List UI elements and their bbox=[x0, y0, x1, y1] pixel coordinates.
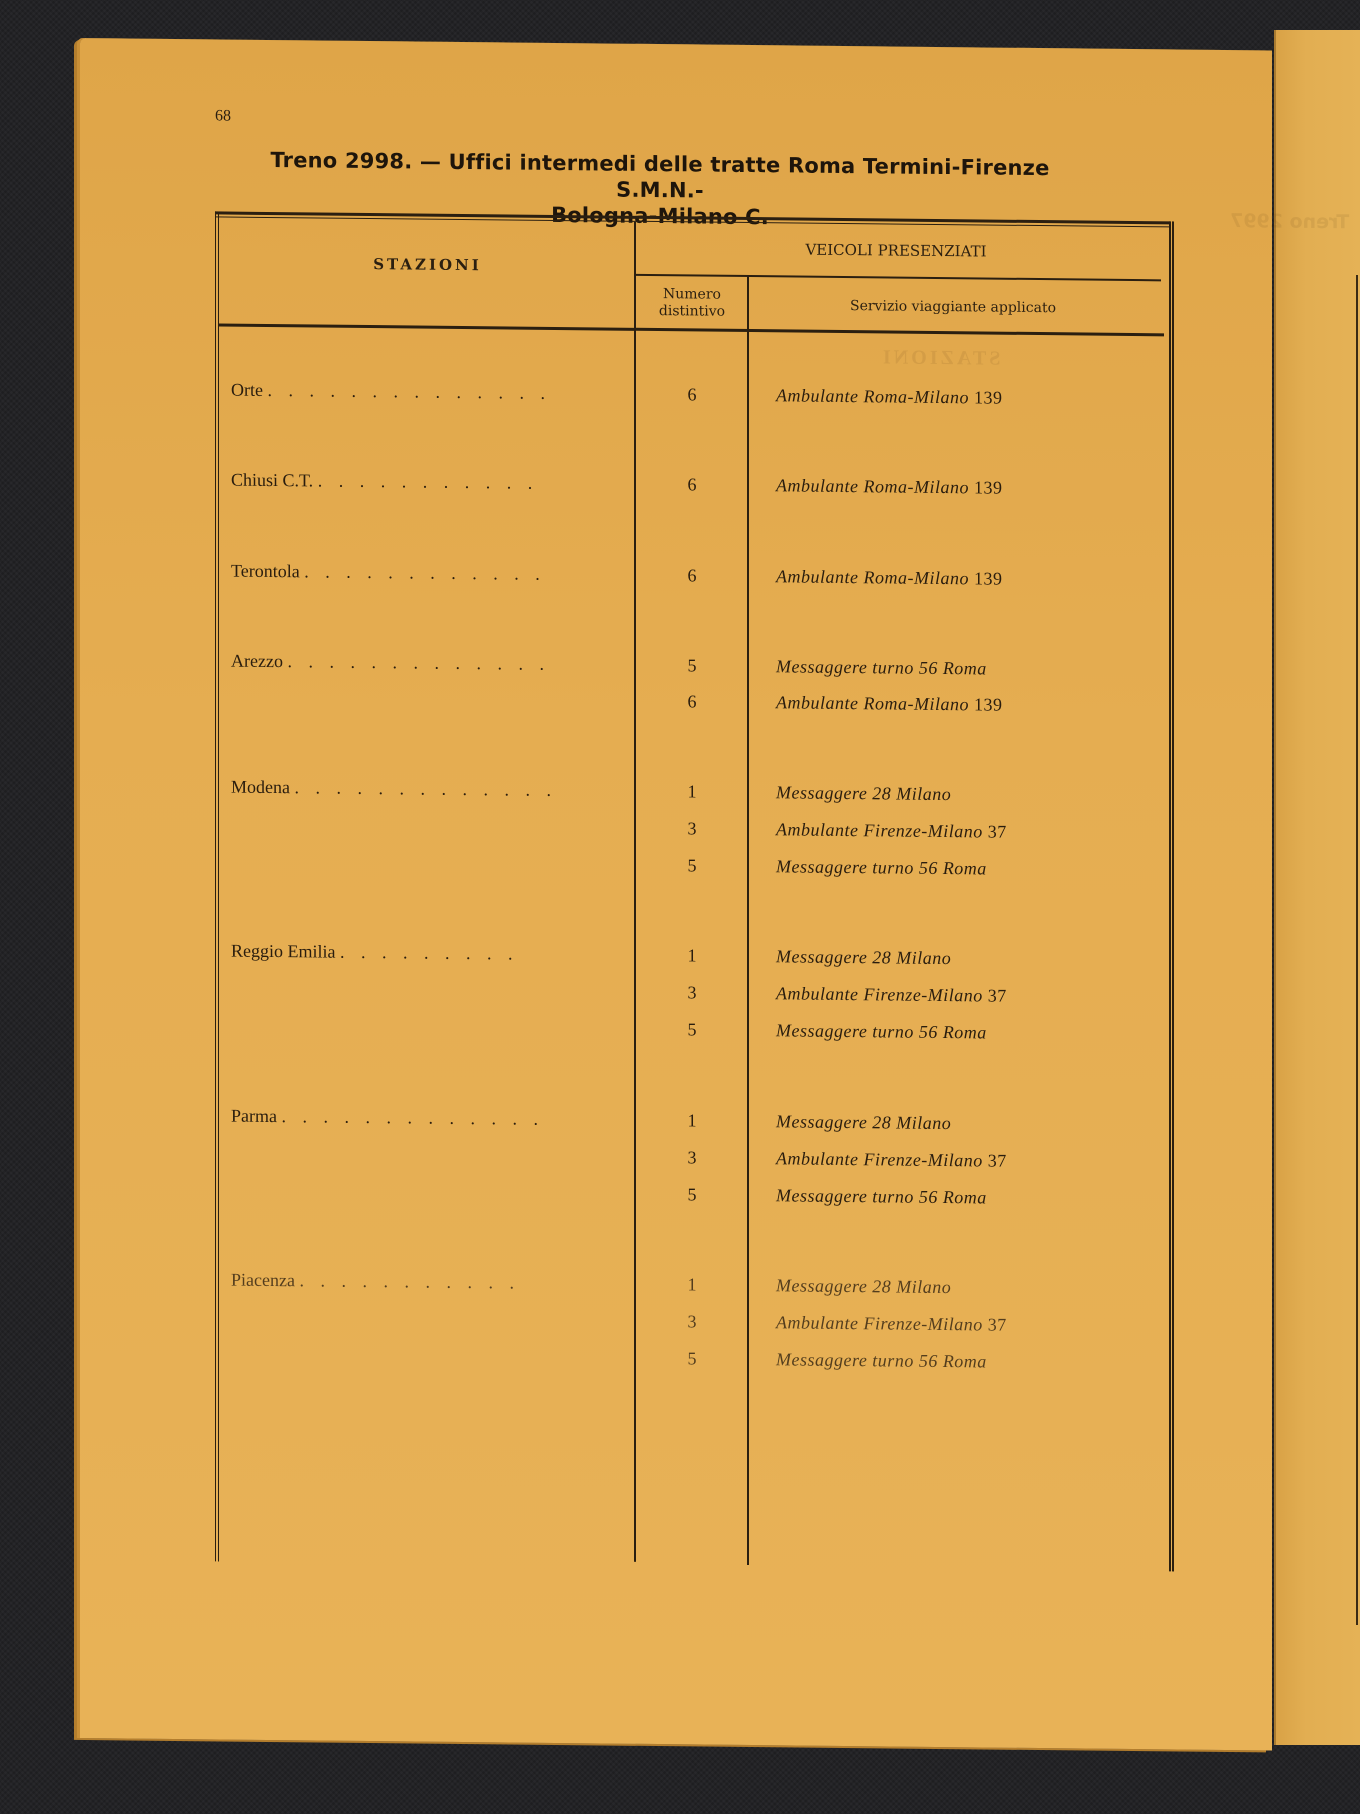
table-row: Orte . . . . . . . . . . . . . . 6 Ambul… bbox=[219, 379, 1159, 389]
numero-distintivo: 6 bbox=[636, 565, 748, 587]
document-page: Treno 2997 STAZIONI 68 Treno 2998. — Uff… bbox=[80, 38, 1272, 1750]
vehicle-entry: 1 Messaggere 28 Milano bbox=[636, 1110, 1156, 1145]
servizio-applicato: Ambulante Firenze-Milano 37 bbox=[776, 819, 1007, 842]
vehicle-entry: 6 Ambulante Roma-Milano 139 bbox=[636, 565, 1156, 600]
table-row: Piacenza . . . . . . . . . . . 1 Messagg… bbox=[219, 1269, 1159, 1279]
numero-distintivo: 5 bbox=[636, 855, 748, 877]
numero-distintivo: 3 bbox=[636, 818, 748, 840]
numero-distintivo: 5 bbox=[636, 1019, 748, 1041]
vehicle-entry: 5 Messaggere turno 56 Roma bbox=[636, 1348, 1156, 1383]
header-stazioni: STAZIONI bbox=[219, 253, 636, 275]
page-number: 68 bbox=[215, 107, 231, 125]
servizio-applicato: Messaggere turno 56 Roma bbox=[776, 1020, 987, 1043]
numero-distintivo: 6 bbox=[636, 384, 748, 406]
table-row: Arezzo . . . . . . . . . . . . . 5 Messa… bbox=[219, 650, 1159, 660]
vehicle-entry: 5 Messaggere turno 56 Roma bbox=[636, 1184, 1156, 1219]
servizio-applicato: Messaggere 28 Milano bbox=[776, 1275, 951, 1298]
vehicle-entry: 1 Messaggere 28 Milano bbox=[636, 781, 1156, 816]
servizio-applicato: Messaggere turno 56 Roma bbox=[776, 656, 987, 679]
table-row: Parma . . . . . . . . . . . . . 1 Messag… bbox=[219, 1105, 1159, 1115]
facing-page-edge bbox=[1274, 30, 1360, 1745]
table-row: Chiusi C.T. . . . . . . . . . . . 6 Ambu… bbox=[219, 469, 1159, 479]
numero-distintivo: 5 bbox=[636, 1348, 748, 1370]
header-numero-line2: distintivo bbox=[636, 303, 748, 321]
header-numero-distintivo: Numero distintivo bbox=[636, 286, 748, 321]
station-name: Terontola . . . . . . . . . . . . bbox=[231, 561, 626, 586]
numero-distintivo: 5 bbox=[636, 1184, 748, 1206]
servizio-applicato: Ambulante Firenze-Milano 37 bbox=[776, 1312, 1007, 1335]
vehicle-entry: 6 Ambulante Roma-Milano 139 bbox=[636, 691, 1156, 726]
station-name: Orte . . . . . . . . . . . . . . bbox=[231, 380, 626, 405]
numero-distintivo: 3 bbox=[636, 1311, 748, 1333]
numero-distintivo: 1 bbox=[636, 1274, 748, 1296]
vehicle-entry: 6 Ambulante Roma-Milano 139 bbox=[636, 384, 1156, 419]
servizio-applicato: Messaggere 28 Milano bbox=[776, 1111, 951, 1134]
header-numero-line1: Numero bbox=[636, 286, 748, 304]
station-name: Parma . . . . . . . . . . . . . bbox=[231, 1106, 626, 1131]
numero-distintivo: 1 bbox=[636, 1110, 748, 1132]
stations-table: STAZIONI VEICOLI PRESENZIATI Numero dist… bbox=[215, 211, 1174, 1571]
numero-distintivo: 3 bbox=[636, 1147, 748, 1169]
servizio-applicato: Ambulante Roma-Milano 139 bbox=[776, 475, 1002, 498]
servizio-applicato: Messaggere 28 Milano bbox=[776, 946, 951, 969]
table-row: Terontola . . . . . . . . . . . . 6 Ambu… bbox=[219, 560, 1159, 570]
vehicle-entry: 3 Ambulante Firenze-Milano 37 bbox=[636, 982, 1156, 1017]
station-name: Modena . . . . . . . . . . . . . bbox=[231, 777, 626, 802]
vehicle-entry: 3 Ambulante Firenze-Milano 37 bbox=[636, 818, 1156, 853]
vehicle-entry: 3 Ambulante Firenze-Milano 37 bbox=[636, 1147, 1156, 1182]
vehicle-entry: 1 Messaggere 28 Milano bbox=[636, 1274, 1156, 1309]
numero-distintivo: 3 bbox=[636, 982, 748, 1004]
servizio-applicato: Ambulante Firenze-Milano 37 bbox=[776, 983, 1007, 1006]
station-name: Chiusi C.T. . . . . . . . . . . . bbox=[231, 470, 626, 495]
numero-distintivo: 1 bbox=[636, 945, 748, 967]
servizio-applicato: Ambulante Roma-Milano 139 bbox=[776, 566, 1002, 589]
header-veicoli-presenziati: VEICOLI PRESENZIATI bbox=[636, 239, 1156, 262]
servizio-applicato: Messaggere turno 56 Roma bbox=[776, 1185, 987, 1208]
numero-distintivo: 1 bbox=[636, 781, 748, 803]
vehicle-entry: 6 Ambulante Roma-Milano 139 bbox=[636, 474, 1156, 509]
header-servizio: Servizio viaggiante applicato bbox=[748, 297, 1158, 317]
servizio-applicato: Messaggere turno 56 Roma bbox=[776, 1349, 987, 1372]
header-bottom-rule bbox=[219, 323, 1164, 336]
servizio-applicato: Messaggere turno 56 Roma bbox=[776, 856, 987, 879]
servizio-applicato: Messaggere 28 Milano bbox=[776, 782, 951, 805]
vehicle-entry: 5 Messaggere turno 56 Roma bbox=[636, 655, 1156, 690]
header-split-rule bbox=[636, 274, 1161, 281]
servizio-applicato: Ambulante Roma-Milano 139 bbox=[776, 385, 1002, 408]
numero-distintivo: 6 bbox=[636, 474, 748, 496]
table-row: Modena . . . . . . . . . . . . . 1 Messa… bbox=[219, 776, 1159, 786]
vehicle-entry: 5 Messaggere turno 56 Roma bbox=[636, 855, 1156, 890]
numero-distintivo: 5 bbox=[636, 655, 748, 677]
show-through-text: Treno 2997 bbox=[1230, 210, 1349, 233]
title-line-1: Treno 2998. — Uffici intermedi delle tra… bbox=[230, 147, 1090, 208]
station-name: Arezzo . . . . . . . . . . . . . bbox=[231, 651, 626, 676]
vehicle-entry: 5 Messaggere turno 56 Roma bbox=[636, 1019, 1156, 1054]
station-name: Reggio Emilia . . . . . . . . . bbox=[231, 941, 626, 966]
vehicle-entry: 3 Ambulante Firenze-Milano 37 bbox=[636, 1311, 1156, 1346]
servizio-applicato: Ambulante Roma-Milano 139 bbox=[776, 692, 1002, 715]
servizio-applicato: Ambulante Firenze-Milano 37 bbox=[776, 1148, 1007, 1171]
table-row: Reggio Emilia . . . . . . . . . 1 Messag… bbox=[219, 940, 1159, 950]
facing-table-border bbox=[1356, 275, 1358, 1625]
numero-distintivo: 6 bbox=[636, 691, 748, 713]
station-name: Piacenza . . . . . . . . . . . bbox=[231, 1270, 626, 1295]
vehicle-entry: 1 Messaggere 28 Milano bbox=[636, 945, 1156, 980]
